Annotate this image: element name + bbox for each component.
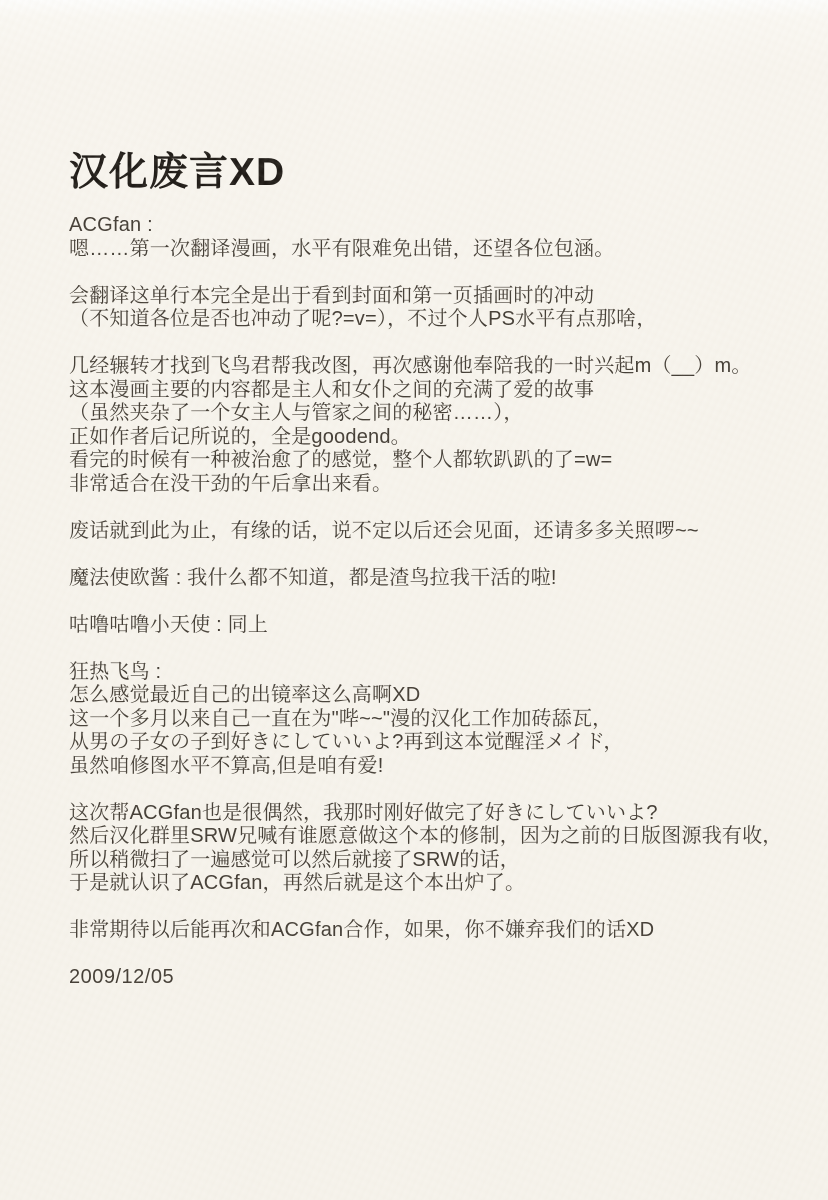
text-line: 这一个多月以来自己一直在为"哔~~"漫的汉化工作加砖舔瓦， (69, 708, 789, 732)
text-line: 狂热飞鸟 : (69, 661, 789, 685)
text-line: 看完的时候有一种被治愈了的感觉，整个人都软趴趴的了=w= (69, 449, 789, 473)
paragraph: 狂热飞鸟 :怎么感觉最近自己的出镜率这么高啊XD这一个多月以来自己一直在为"哔~… (69, 661, 789, 779)
text-line: （不知道各位是否也冲动了呢?=v=），不过个人PS水平有点那啥， (69, 308, 789, 332)
text-line: （虽然夹杂了一个女主人与管家之间的秘密……）， (69, 402, 789, 426)
text-line: 这次帮ACGfan也是很偶然，我那时刚好做完了好きにしていいよ? (69, 802, 789, 826)
text-line: 非常期待以后能再次和ACGfan合作，如果，你不嫌弃我们的话XD (69, 919, 789, 943)
date-line: 2009/12/05 (69, 966, 789, 990)
scanned-page-background: 汉化废言XD ACGfan :嗯……第一次翻译漫画，水平有限难免出错，还望各位包… (0, 0, 828, 1200)
paragraph: 几经辗转才找到飞鸟君帮我改图，再次感谢他奉陪我的一时兴起m（__）m。这本漫画主… (69, 355, 789, 496)
text-line: 然后汉化群里SRW兄喊有谁愿意做这个本的修制，因为之前的日版图源我有收， (69, 825, 789, 849)
paragraph: 非常期待以后能再次和ACGfan合作，如果，你不嫌弃我们的话XD (69, 919, 789, 943)
text-line: 正如作者后记所说的，全是goodend。 (69, 426, 789, 450)
text-line: 咕噜咕噜小天使 : 同上 (69, 614, 789, 638)
text-line: 虽然咱修图水平不算高,但是咱有爱! (69, 755, 789, 779)
text-line: 这本漫画主要的内容都是主人和女仆之间的充满了爱的故事 (69, 379, 789, 403)
paragraph-list: ACGfan :嗯……第一次翻译漫画，水平有限难免出错，还望各位包涵。会翻译这单… (69, 214, 789, 943)
paragraph: 魔法使欧酱 : 我什么都不知道，都是渣鸟拉我干活的啦! (69, 567, 789, 591)
text-line: 魔法使欧酱 : 我什么都不知道，都是渣鸟拉我干活的啦! (69, 567, 789, 591)
paragraph: 会翻译这单行本完全是出于看到封面和第一页插画时的冲动（不知道各位是否也冲动了呢?… (69, 285, 789, 332)
text-line: 几经辗转才找到飞鸟君帮我改图，再次感谢他奉陪我的一时兴起m（__）m。 (69, 355, 789, 379)
text-line: ACGfan : (69, 214, 789, 238)
text-line: 会翻译这单行本完全是出于看到封面和第一页插画时的冲动 (69, 285, 789, 309)
text-line: 从男の子女の子到好きにしていいよ?再到这本觉醒淫メイド， (69, 731, 789, 755)
paragraph: ACGfan :嗯……第一次翻译漫画，水平有限难免出错，还望各位包涵。 (69, 214, 789, 261)
text-line: 怎么感觉最近自己的出镜率这么高啊XD (69, 684, 789, 708)
text-line: 所以稍微扫了一遍感觉可以然后就接了SRW的话， (69, 849, 789, 873)
paragraph: 咕噜咕噜小天使 : 同上 (69, 614, 789, 638)
text-line: 非常适合在没干劲的午后拿出来看。 (69, 473, 789, 497)
page-content: 汉化废言XD ACGfan :嗯……第一次翻译漫画，水平有限难免出错，还望各位包… (69, 152, 789, 990)
text-line: 于是就认识了ACGfan，再然后就是这个本出炉了。 (69, 872, 789, 896)
paragraph: 这次帮ACGfan也是很偶然，我那时刚好做完了好きにしていいよ?然后汉化群里SR… (69, 802, 789, 896)
paragraph: 废话就到此为止，有缘的话，说不定以后还会见面，还请多多关照啰~~ (69, 520, 789, 544)
page-title: 汉化废言XD (69, 152, 789, 194)
text-line: 废话就到此为止，有缘的话，说不定以后还会见面，还请多多关照啰~~ (69, 520, 789, 544)
text-line: 嗯……第一次翻译漫画，水平有限难免出错，还望各位包涵。 (69, 238, 789, 262)
